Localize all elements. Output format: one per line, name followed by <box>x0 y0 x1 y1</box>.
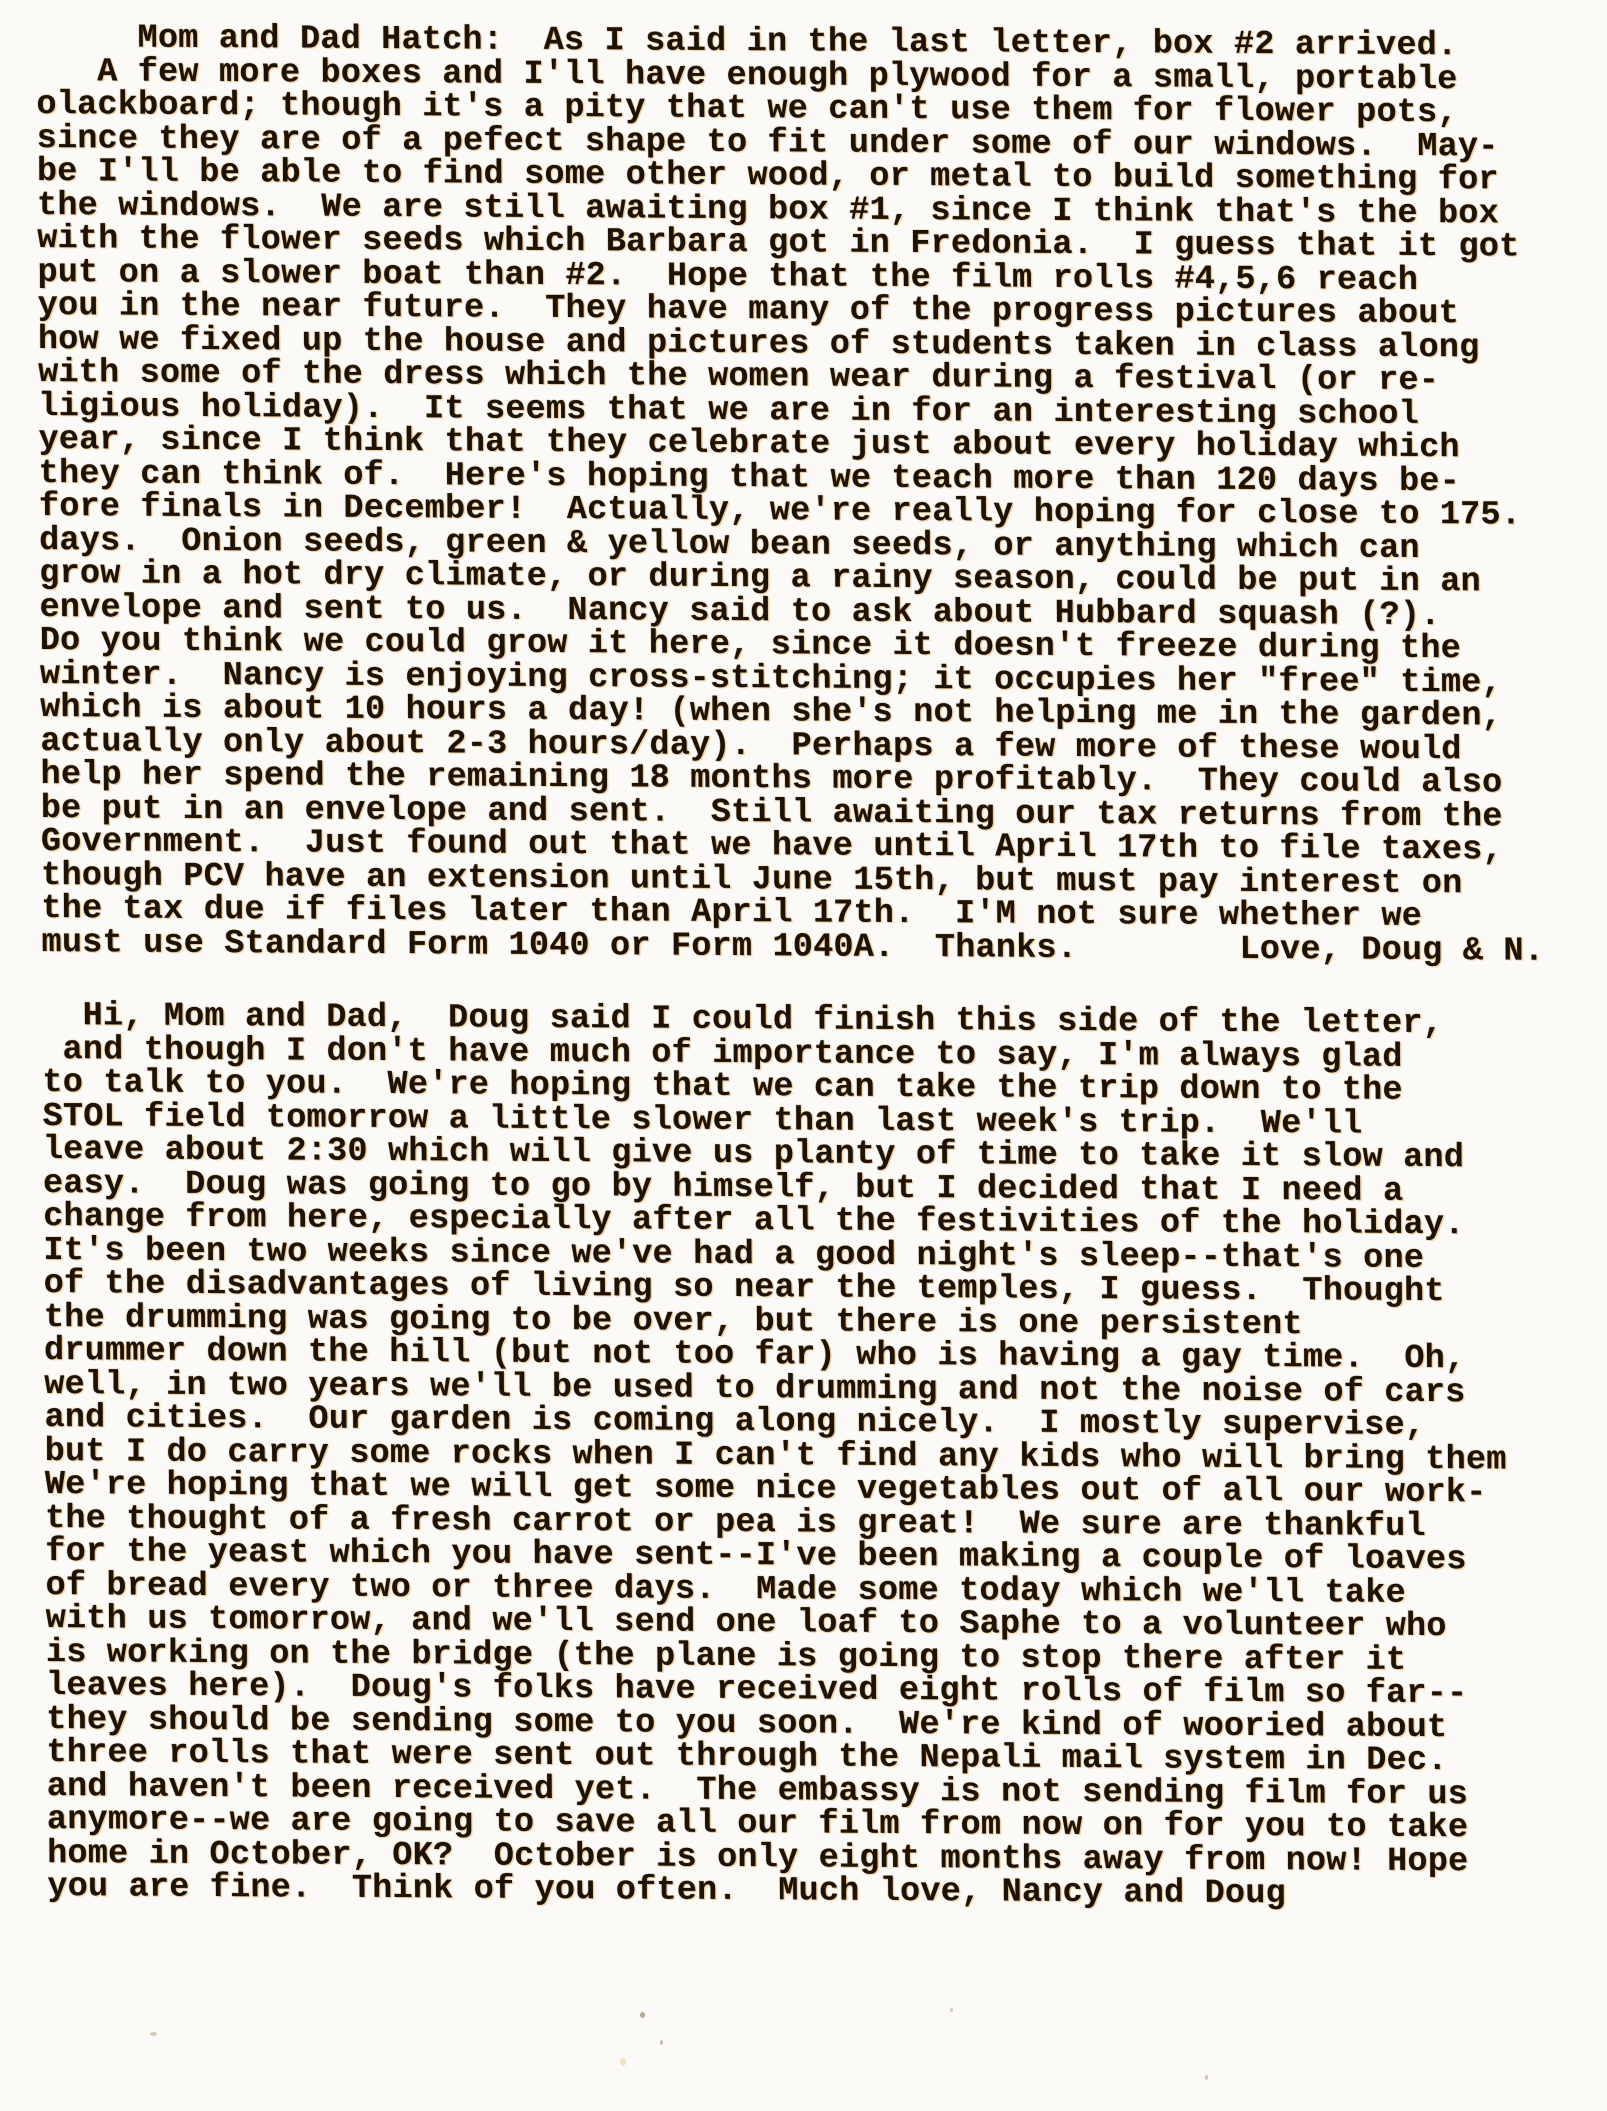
letter-page: Mom and Dad Hatch: As I said in the last… <box>0 0 1607 2111</box>
letter-body: Mom and Dad Hatch: As I said in the last… <box>36 22 1600 1914</box>
letter-line: must use Standard Form 1040 or Form 1040… <box>42 927 1595 969</box>
letter-paragraph-doug: Mom and Dad Hatch: As I said in the last… <box>36 22 1595 969</box>
letter-paragraph-nancy: Hi, Mom and Dad, Doug said I could finis… <box>42 1000 1601 1913</box>
paper-speck <box>640 2012 645 2018</box>
paper-speck <box>1205 2075 1208 2080</box>
paper-speck <box>950 2008 953 2012</box>
paper-speck <box>150 2032 157 2036</box>
paper-speck <box>620 2058 626 2066</box>
paper-speck <box>660 2040 663 2045</box>
